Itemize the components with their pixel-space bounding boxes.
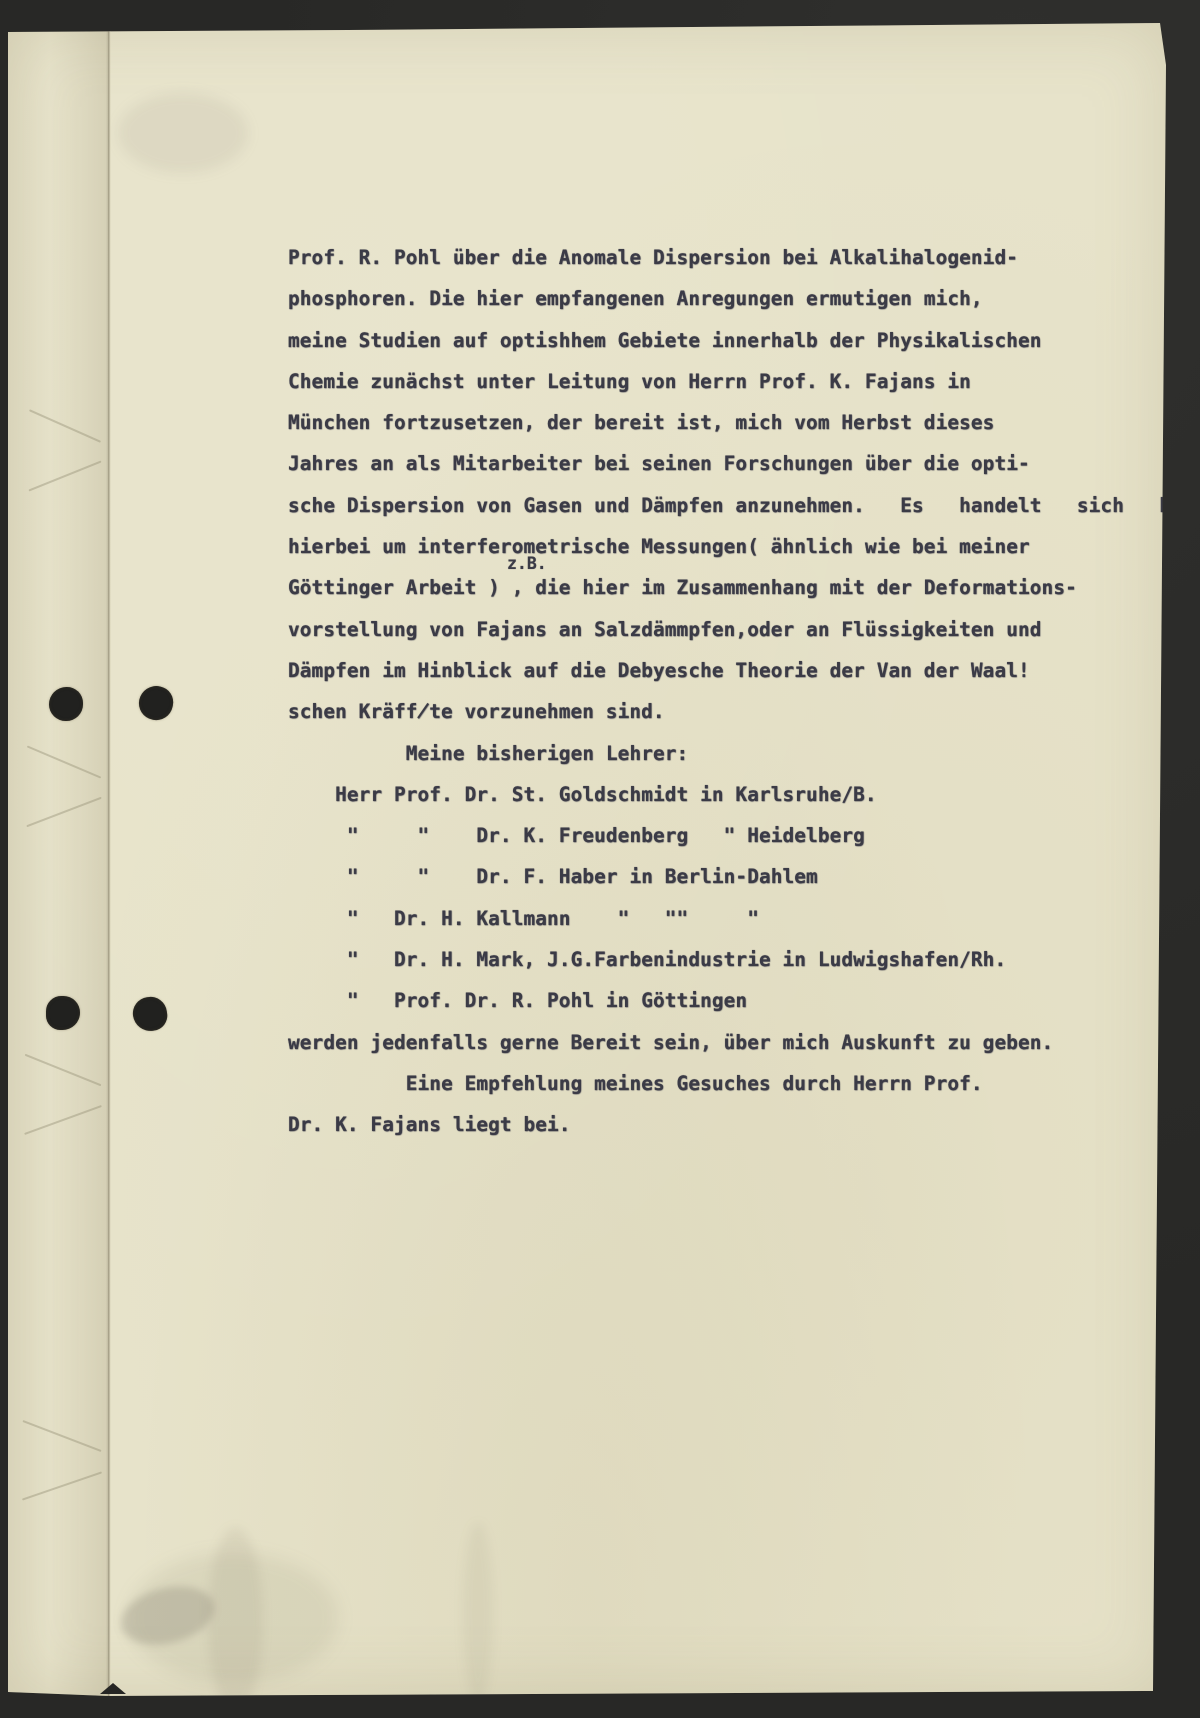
typewritten-line: Göttinger Arbeit ) , die hier im Zusamme… [288, 567, 1178, 608]
smudge [115, 1577, 220, 1653]
typewritten-line: sche Dispersion von Gasen und Dämpfen an… [288, 485, 1178, 526]
typewritten-line: " Dr. H. Mark, J.G.Farbenindustrie in Lu… [288, 939, 1178, 980]
smudge [128, 1553, 338, 1683]
typewritten-line: Dämpfen im Hinblick auf die Debyesche Th… [288, 650, 1178, 691]
smudge [118, 93, 248, 173]
typewritten-line: werden jedenfalls gerne Bereit sein, übe… [288, 1022, 1178, 1063]
fold-crease [108, 23, 111, 1697]
crease-mark [22, 1471, 102, 1500]
crease-mark [28, 460, 101, 491]
crease-mark [24, 1105, 102, 1135]
punch-hole-top-left [49, 687, 83, 721]
crease-mark [26, 797, 101, 828]
punch-hole-top-right [136, 683, 176, 723]
smudge [208, 1528, 263, 1713]
typewritten-line: Jahres an als Mitarbeiter bei seinen For… [288, 443, 1178, 484]
typewritten-line: Meine bisherigen Lehrer: [288, 733, 1178, 774]
typewritten-line: München fortzusetzen, der bereit ist, mi… [288, 402, 1178, 443]
crease-mark [29, 409, 101, 443]
punch-hole-bottom-left [46, 996, 80, 1030]
crease-mark [27, 745, 101, 778]
typewritten-line: " Prof. Dr. R. Pohl in Göttingen [288, 980, 1178, 1021]
punch-hole-bottom-right [131, 995, 169, 1033]
typewritten-text: Prof. R. Pohl über die Anomale Dispersio… [288, 237, 1178, 1146]
crease-mark [25, 1054, 102, 1087]
typewritten-line: hierbei um interferometrische Messungen(… [288, 526, 1178, 567]
typewritten-line: Prof. R. Pohl über die Anomale Dispersio… [288, 237, 1178, 278]
typewritten-line: Chemie zunächst unter Leitung von Herrn … [288, 361, 1178, 402]
typewritten-line: meine Studien auf optishhem Gebiete inne… [288, 320, 1178, 361]
typewritten-line: " " Dr. F. Haber in Berlin-Dahlem [288, 856, 1178, 897]
insertion-note-zb: z.B. [507, 554, 547, 573]
typewritten-line: vorstellung von Fajans an Salzdämmpfen,o… [288, 609, 1178, 650]
paper-notch [100, 1683, 126, 1694]
scan-background: Prof. R. Pohl über die Anomale Dispersio… [0, 0, 1200, 1718]
adjacent-page-strip [8, 23, 110, 1697]
typewritten-line: " Dr. H. Kallmann " "" " [288, 898, 1178, 939]
typewritten-line: " " Dr. K. Freudenberg " Heidelberg [288, 815, 1178, 856]
typewritten-line: Eine Empfehlung meines Gesuches durch He… [288, 1063, 1178, 1104]
smudge [463, 1523, 493, 1703]
typewritten-line: Herr Prof. Dr. St. Goldschmidt in Karlsr… [288, 774, 1178, 815]
typewritten-line: Dr. K. Fajans liegt bei. [288, 1104, 1178, 1145]
document-page: Prof. R. Pohl über die Anomale Dispersio… [8, 23, 1166, 1697]
typewritten-line: schen Kräff̸te vorzunehmen sind. [288, 691, 1178, 732]
typewritten-line: phosphoren. Die hier empfangenen Anregun… [288, 278, 1178, 319]
crease-mark [22, 1420, 101, 1452]
